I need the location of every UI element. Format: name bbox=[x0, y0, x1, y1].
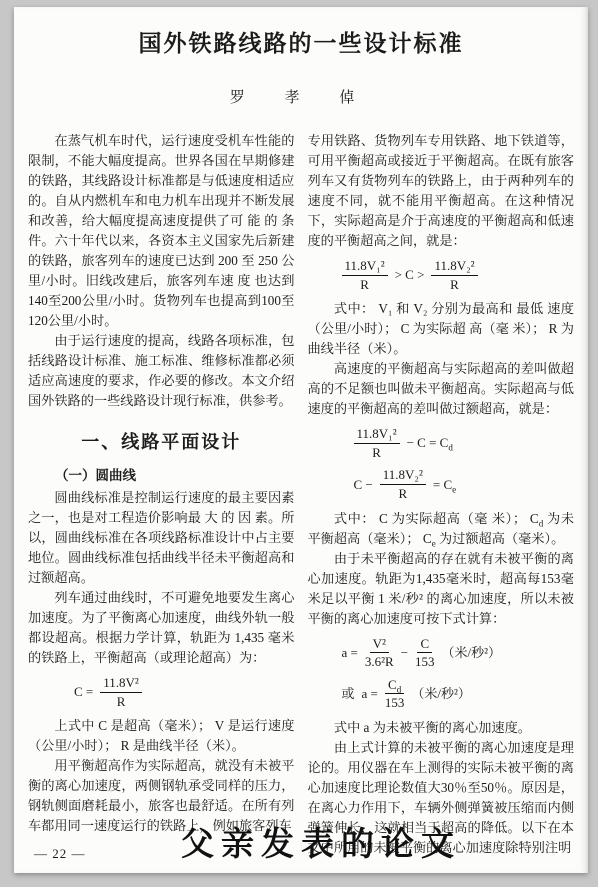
inequality-middle: > C > bbox=[395, 267, 425, 283]
paragraph: 圆曲线标准是控制运行速度的最主要因素之一，也是对工程造价影响最 大 的 因 素。… bbox=[28, 488, 295, 588]
right-column: 专用铁路、货物列车专用铁路、地下铁道等，可用平衡超高或接近于平衡超高。在既有旅客… bbox=[308, 131, 575, 862]
sub-heading: （一）圆曲线 bbox=[28, 466, 295, 486]
paragraph: 高速度的平衡超高与实际超高的差叫做超高的不足额也叫做未平衡超高。实际超高与低速度… bbox=[308, 359, 575, 419]
fraction: 11.8V² R bbox=[100, 675, 142, 709]
author-name: 罗 孝 倬 bbox=[24, 86, 578, 107]
formula-cant-excess: C − 11.8V₂² R = Ce bbox=[354, 467, 575, 501]
denominator: R bbox=[450, 276, 459, 293]
paragraph: 专用铁路、货物列车专用铁路、地下铁道等，可用平衡超高或接近于平衡超高。在既有旅客… bbox=[308, 131, 575, 251]
formula-unbalanced-acceleration-alt: 或 a = Cd 153 （米/秒²） bbox=[342, 677, 575, 711]
formula-superelevation-inequality: 11.8V₁² R > C > 11.8V₂² R bbox=[342, 258, 575, 292]
paragraph: 由于运行速度的提高，线路各项标准，包括线路设计标准、施工标准、维修标准都必须适应… bbox=[28, 331, 295, 411]
subscript: d bbox=[397, 684, 402, 694]
numerator: 11.8V₁² bbox=[342, 258, 388, 276]
paragraph: 列车通过曲线时，不可避免地要发生离心加速度。为了平衡离心加速度，曲线外轨一般都设… bbox=[28, 588, 295, 668]
denominator: 153 bbox=[385, 694, 405, 711]
denominator: 3.6²R bbox=[365, 653, 394, 670]
fraction: Cd 153 bbox=[385, 677, 405, 711]
subscript: e bbox=[452, 484, 456, 494]
formula-or: 或 bbox=[342, 686, 355, 702]
fraction: 11.8V₂² R bbox=[431, 258, 477, 292]
fraction: 11.8V₂² R bbox=[380, 467, 426, 501]
paragraph: 式中： V₁ 和 V₂ 分别为最高和 最低 速度（公里/小时）； C 为实际超 … bbox=[308, 299, 575, 359]
paragraph: 式中： C 为实际超高（毫 米）； Cd 为未平衡超高（毫米）； Ce 为过额超… bbox=[308, 509, 575, 549]
paragraph: 由于未平衡超高的存在就有未被平衡的离心加速度。轨距为1,435毫米时，超高每15… bbox=[308, 549, 575, 629]
numerator: 11.8V² bbox=[100, 675, 142, 693]
fraction: 11.8V₁² R bbox=[342, 258, 388, 292]
numerator: 11.8V₁² bbox=[354, 426, 400, 444]
paragraph: 式中 a 为未被平衡的离心加速度。 bbox=[308, 718, 575, 738]
paper-title: 国外铁路线路的一些设计标准 bbox=[24, 25, 578, 58]
paragraph: 上式中 C 是超高（毫米）； V 是运行速度（公里/小时）； R 是曲线半径（米… bbox=[28, 716, 295, 756]
denominator: R bbox=[360, 276, 369, 293]
two-column-body: 在蒸气机车时代，运行速度受机车性能的限制，不能大幅度提高。世界各国在早期修建的铁… bbox=[24, 131, 578, 862]
formula-balanced-superelevation: C = 11.8V² R bbox=[74, 675, 295, 709]
numerator: V² bbox=[370, 636, 389, 654]
formula-rhs: − C = Cd bbox=[407, 435, 453, 451]
denominator: R bbox=[372, 444, 381, 461]
section-heading: 一、线路平面设计 bbox=[28, 428, 295, 454]
formula-unit: （米/秒²） bbox=[442, 645, 502, 661]
formula-unit: （米/秒²） bbox=[411, 686, 471, 702]
denominator: R bbox=[398, 485, 407, 502]
denominator: R bbox=[117, 693, 126, 710]
left-column: 在蒸气机车时代，运行速度受机车性能的限制，不能大幅度提高。世界各国在早期修建的铁… bbox=[28, 131, 295, 862]
scanned-paper-page: 国外铁路线路的一些设计标准 罗 孝 倬 在蒸气机车时代，运行速度受机车性能的限制… bbox=[14, 7, 588, 873]
subscript: d bbox=[448, 443, 453, 453]
denominator: 153 bbox=[415, 653, 435, 670]
numerator: C bbox=[417, 636, 432, 654]
numerator: 11.8V₂² bbox=[431, 258, 477, 276]
formula-unbalanced-acceleration: a = V² 3.6²R − C 153 （米/秒²） bbox=[342, 636, 575, 670]
formula-lhs: C − bbox=[354, 477, 373, 493]
formula-lhs: C = bbox=[74, 684, 93, 700]
fraction: V² 3.6²R bbox=[365, 636, 394, 670]
numerator: Cd bbox=[385, 677, 404, 695]
fraction: C 153 bbox=[415, 636, 435, 670]
paragraph: 在蒸气机车时代，运行速度受机车性能的限制，不能大幅度提高。世界各国在早期修建的铁… bbox=[28, 131, 295, 331]
formula-lhs: a = bbox=[342, 645, 358, 661]
numerator: 11.8V₂² bbox=[380, 467, 426, 485]
formula-rhs: = Ce bbox=[433, 477, 456, 493]
formula-lhs: a = bbox=[362, 686, 378, 702]
handwritten-caption: 父亲发表的论文 bbox=[34, 818, 598, 865]
formula-cant-deficiency: 11.8V₁² R − C = Cd bbox=[354, 426, 575, 460]
minus-sign: − bbox=[401, 645, 408, 661]
fraction: 11.8V₁² R bbox=[354, 426, 400, 460]
